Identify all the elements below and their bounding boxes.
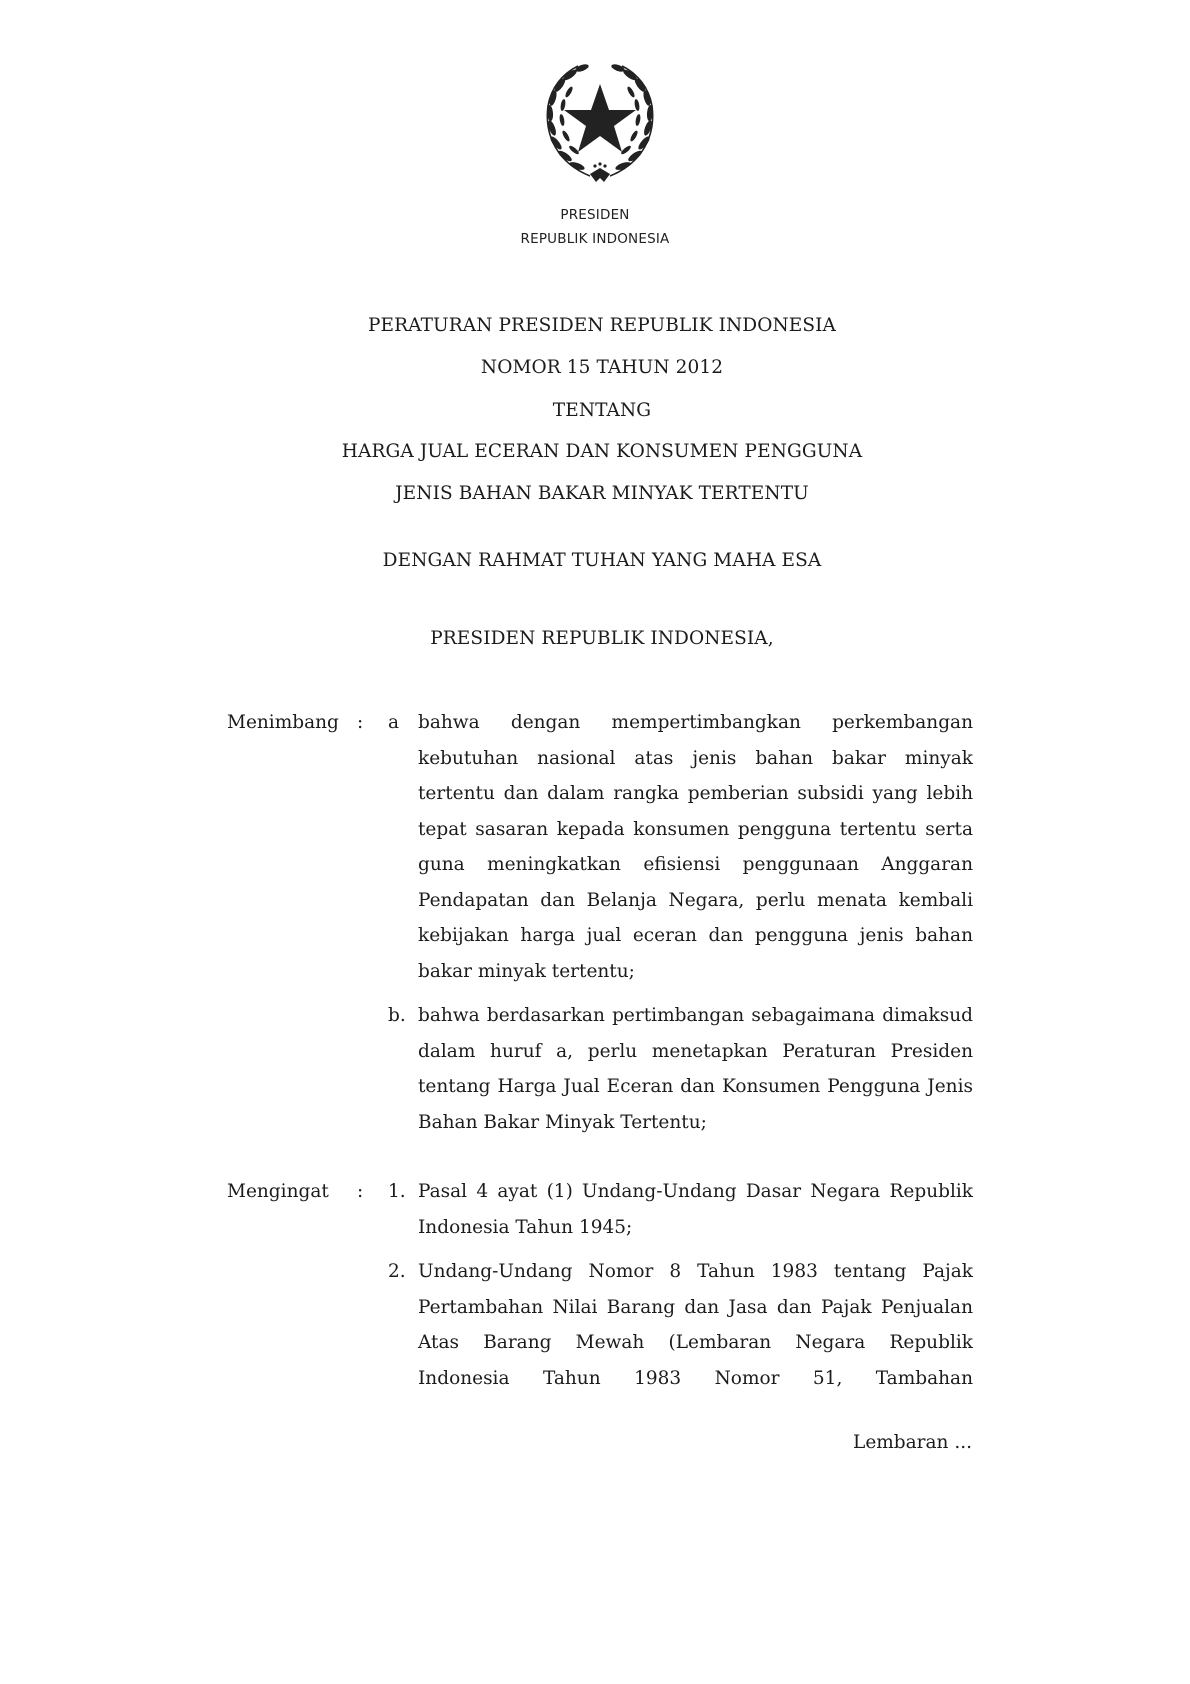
colon: : (357, 705, 388, 989)
item-text: Pasal 4 ayat (1) Undang-Undang Dasar Neg… (418, 1174, 973, 1245)
menimbang-item: Menimbang : a bahwa dengan mempertimbang… (227, 705, 973, 989)
mengingat-item: 2. Undang-Undang Nomor 8 Tahun 1983 tent… (227, 1254, 973, 1396)
authority-heading: PRESIDEN REPUBLIK INDONESIA, (0, 628, 1190, 649)
presidential-seal-icon (538, 58, 662, 190)
regulation-number: NOMOR 15 TAHUN 2012 (0, 357, 1190, 378)
mengingat-label: Mengingat (227, 1174, 357, 1245)
menimbang-section: Menimbang : a bahwa dengan mempertimbang… (227, 705, 973, 1149)
page-continuation: Lembaran ... (853, 1432, 972, 1453)
letterhead-republik-indonesia: REPUBLIK INDONESIA (0, 231, 1190, 247)
letterhead-presiden: PRESIDEN (0, 207, 1190, 223)
item-text: Undang-Undang Nomor 8 Tahun 1983 tentang… (418, 1254, 973, 1396)
regulation-subject-line2: JENIS BAHAN BAKAR MINYAK TERTENTU (0, 483, 1190, 504)
regulation-tentang: TENTANG (0, 400, 1190, 421)
item-marker: b. (388, 998, 418, 1140)
item-marker: a (388, 705, 418, 989)
regulation-subject-line1: HARGA JUAL ECERAN DAN KONSUMEN PENGGUNA (0, 441, 1190, 462)
invocation: DENGAN RAHMAT TUHAN YANG MAHA ESA (0, 550, 1190, 571)
mengingat-item: Mengingat : 1. Pasal 4 ayat (1) Undang-U… (227, 1174, 973, 1245)
item-marker: 1. (388, 1174, 418, 1245)
regulation-title: PERATURAN PRESIDEN REPUBLIK INDONESIA (0, 315, 1190, 336)
mengingat-section: Mengingat : 1. Pasal 4 ayat (1) Undang-U… (227, 1174, 973, 1405)
item-text: bahwa berdasarkan pertimbangan sebagaima… (418, 998, 973, 1140)
colon: : (357, 1174, 388, 1245)
item-marker: 2. (388, 1254, 418, 1396)
menimbang-label: Menimbang (227, 705, 357, 989)
item-text: bahwa dengan mempertimbangkan perkembang… (418, 705, 973, 989)
menimbang-item: b. bahwa berdasarkan pertimbangan sebaga… (227, 998, 973, 1140)
